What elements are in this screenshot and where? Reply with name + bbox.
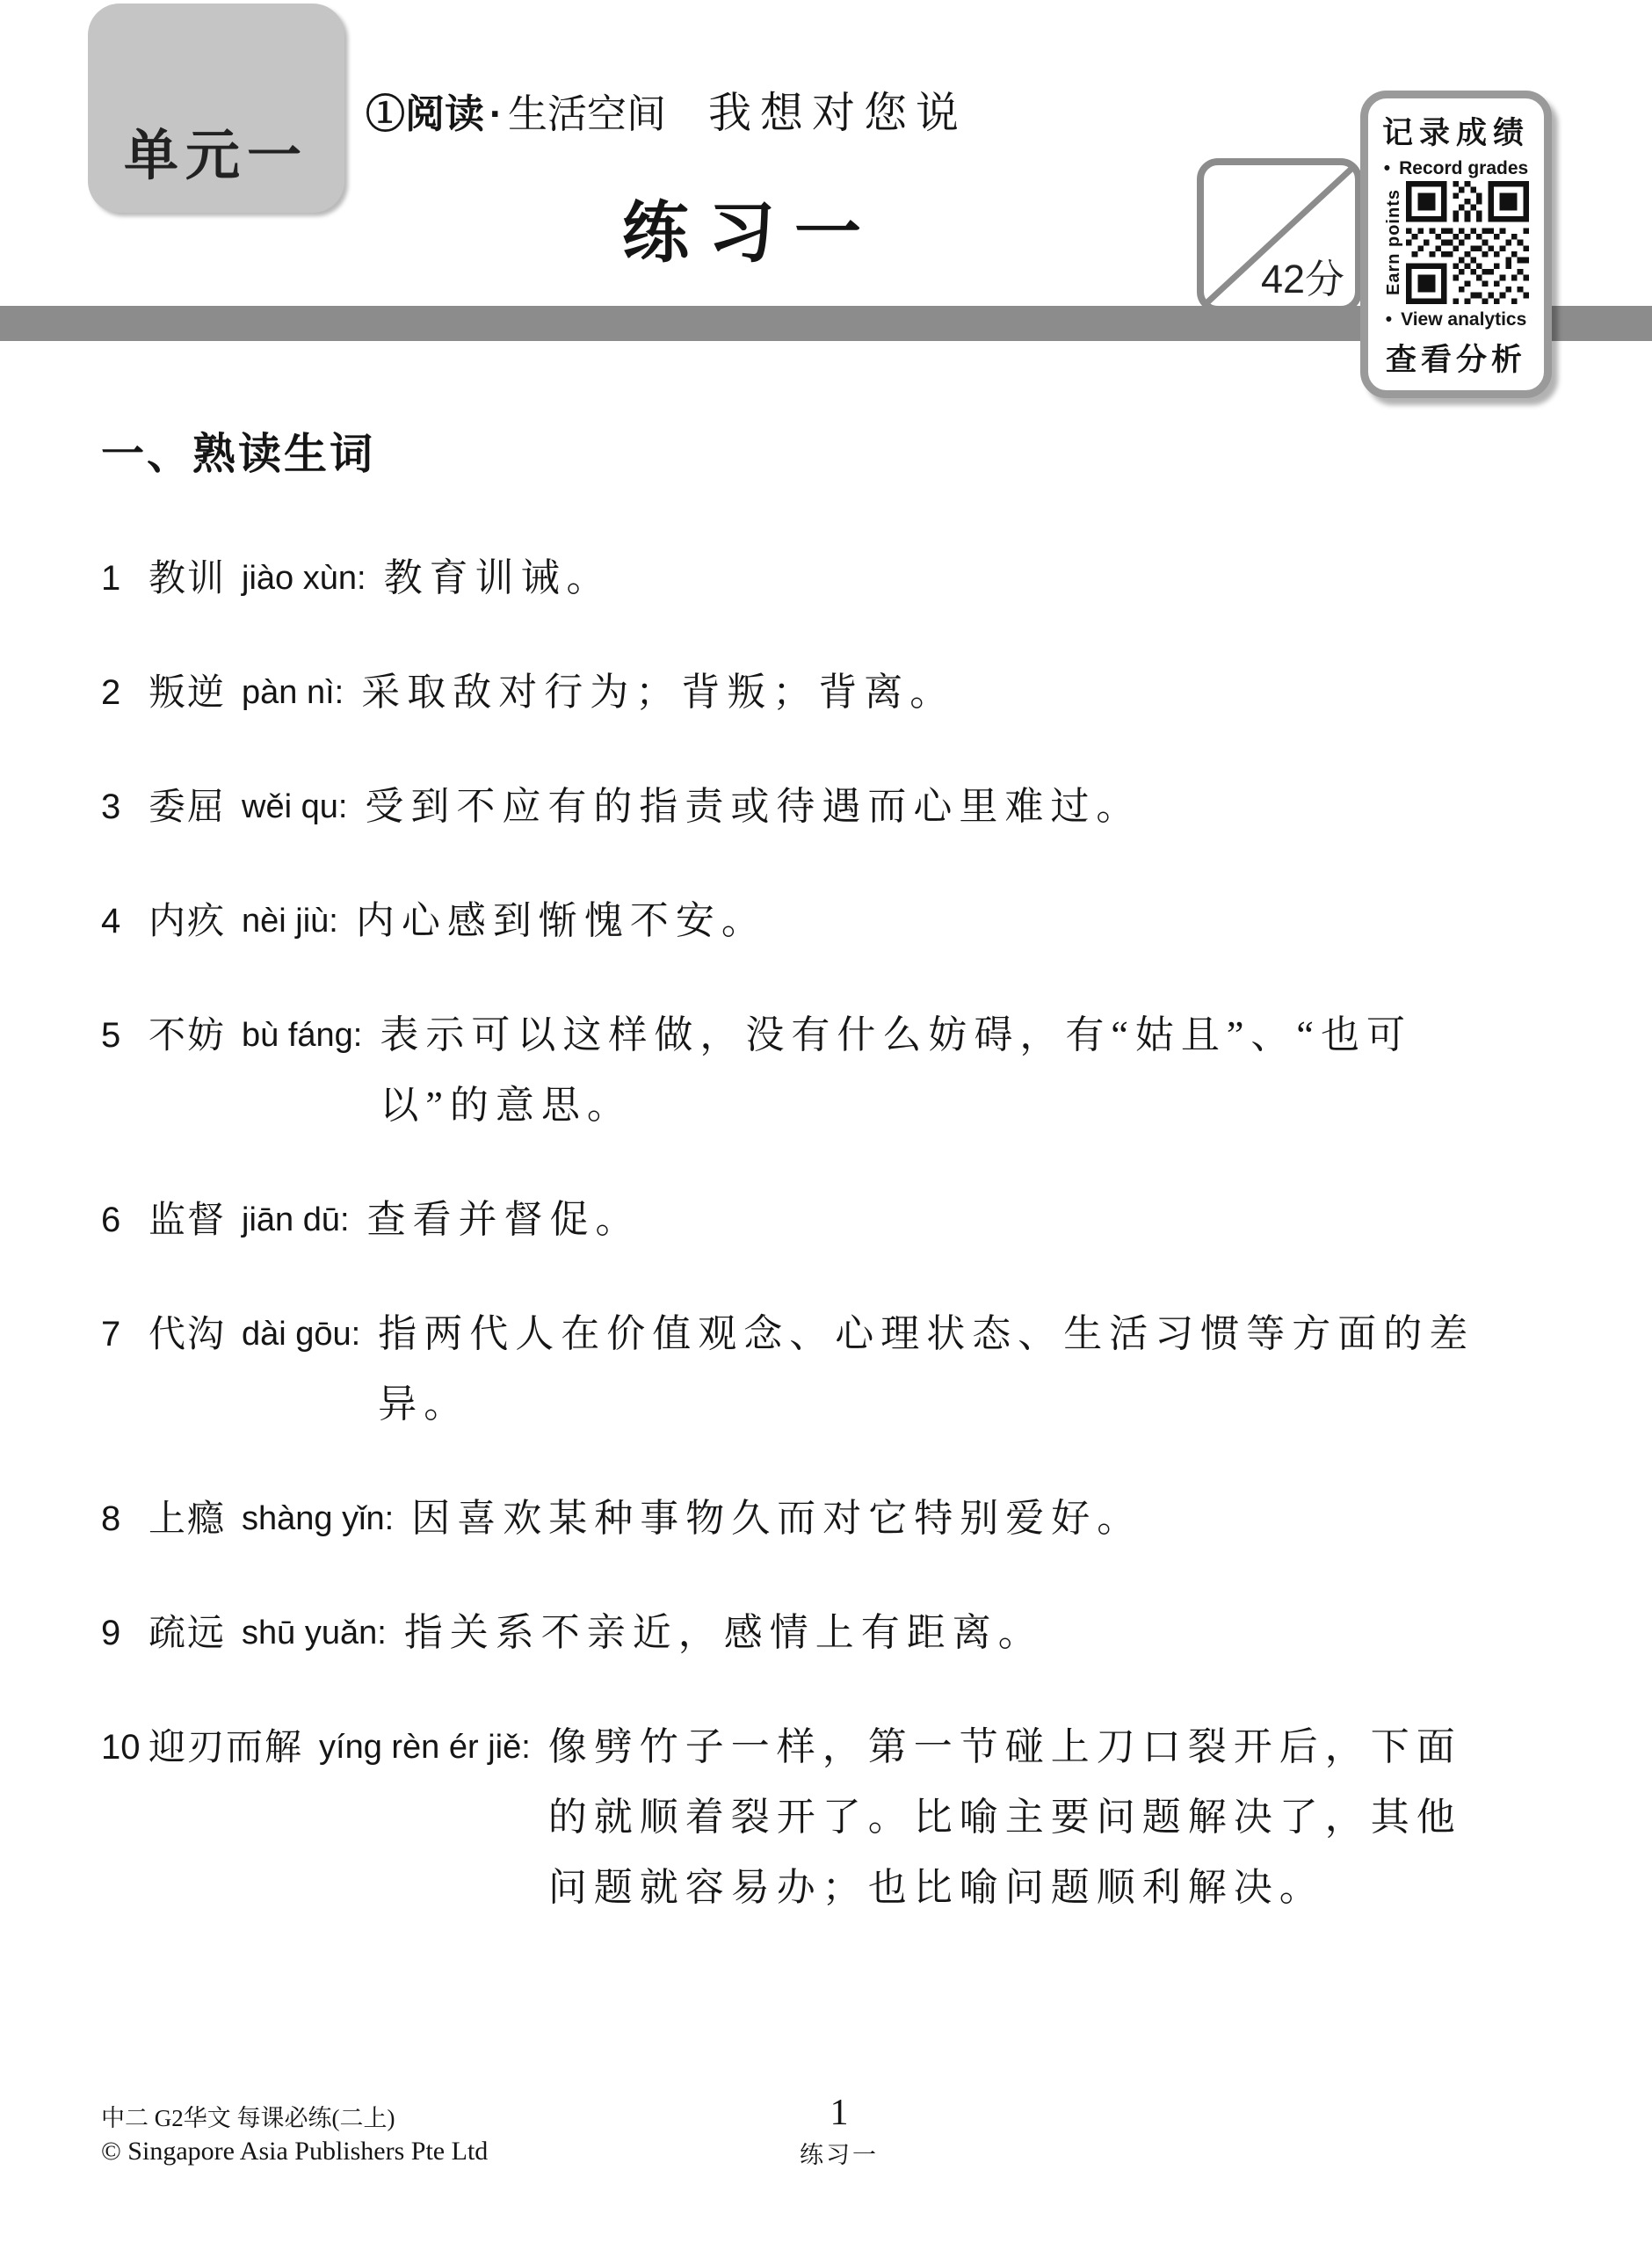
item-pinyin: shàng yǐn: [242,1484,394,1554]
definition-line: 采取敌对行为；背叛；背离。 [361,657,955,728]
item-pinyin: nèi jiù: [242,886,338,956]
item-definition: 因喜欢某种事物久而对它特别爱好。 [411,1484,1142,1554]
item-word: 疏远 [149,1598,226,1668]
item-word: 委屈 [149,772,226,842]
definition-line: 指关系不亲近，感情上有距离。 [404,1598,1044,1668]
lesson-header: ①阅读·生活空间我想对您说 [366,79,967,141]
definition-line: 受到不应有的指责或待遇而心里难过。 [365,772,1141,842]
definition-line: 的就顺着裂开了。比喻主要问题解决了，其他 [548,1782,1462,1853]
page-label: 练习一 [0,2136,1652,2170]
vocab-item: 7 代沟 dài gōu: 指两代人在价值观念、心理状态、生活习惯等方面的差 异… [101,1299,1577,1440]
item-definition: 内心感到惭愧不安。 [356,886,767,956]
item-number: 7 [101,1299,149,1369]
vocab-item: 5 不妨 bù fáng: 表示可以这样做，没有什么妨碍，有“姑且”、“也可 以… [101,1000,1577,1141]
section-heading: 一、熟读生词 [101,420,1577,482]
footer-center: 1 练习一 [0,2092,1652,2170]
qr-middle-row: Earn points [1384,181,1529,304]
score-label: 42分 [1261,247,1344,304]
definition-line: 查看并督促。 [367,1185,641,1255]
item-number: 10 [101,1712,149,1782]
unit-label: 单元一 [124,112,308,190]
item-number: 1 [101,543,149,613]
vocab-item: 1 教训 jiào xùn: 教育训诫。 [101,543,1577,613]
vocab-item: 8 上瘾 shàng yǐn: 因喜欢某种事物久而对它特别爱好。 [101,1484,1577,1554]
definition-line: 像劈竹子一样，第一节碰上刀口裂开后，下面 [548,1712,1462,1782]
item-pinyin: bù fáng: [242,1000,362,1071]
definition-line: 教育训诫。 [384,543,612,613]
item-definition: 像劈竹子一样，第一节碰上刀口裂开后，下面 的就顺着裂开了。比喻主要问题解决了，其… [548,1712,1462,1923]
vocab-item: 4 内疚 nèi jiù: 内心感到惭愧不安。 [101,886,1577,956]
qr-title-cn: 记录成绩 [1382,109,1530,153]
qr-footer-cn: 查看分析 [1386,336,1526,380]
item-word: 教训 [149,543,226,613]
definition-line: 内心感到惭愧不安。 [356,886,767,956]
item-word: 内疚 [149,886,226,956]
item-definition: 采取敌对行为；背叛；背离。 [361,657,955,728]
item-definition: 受到不应有的指责或待遇而心里难过。 [365,772,1141,842]
item-definition: 指关系不亲近，感情上有距离。 [404,1598,1044,1668]
item-definition: 表示可以这样做，没有什么妨碍，有“姑且”、“也可 以”的意思。 [380,1000,1412,1141]
bullet-icon: • [1386,309,1392,330]
item-number: 3 [101,772,149,842]
vocab-item: 3 委屈 wěi qu: 受到不应有的指责或待遇而心里难过。 [101,772,1577,842]
lesson-number-icon: ① [366,91,405,136]
main-content: 一、熟读生词 1 教训 jiào xùn: 教育训诫。 2 叛逆 pàn nì:… [101,420,1577,1967]
definition-line: 异。 [378,1369,1474,1440]
lesson-theme: 生活空间 [508,91,666,136]
item-number: 6 [101,1185,149,1255]
item-pinyin: wěi qu: [242,772,347,842]
item-number: 5 [101,1000,149,1071]
item-definition: 指两代人在价值观念、心理状态、生活习惯等方面的差 异。 [378,1299,1474,1440]
qr-bullet-bottom-label: View analytics [1401,309,1526,330]
qr-bullet-top-label: Record grades [1399,158,1528,178]
item-word: 监督 [149,1185,226,1255]
item-pinyin: jiào xùn: [242,543,366,613]
lesson-type: 阅读 [405,91,484,136]
item-pinyin: dài gōu: [242,1299,360,1369]
lesson-title: 我想对您说 [708,89,967,137]
qr-bullet-bottom: •View analytics [1386,309,1527,330]
item-number: 9 [101,1598,149,1668]
bullet-icon: • [1384,158,1390,178]
score-box: 42分 [1197,158,1362,313]
definition-line: 因喜欢某种事物久而对它特别爱好。 [411,1484,1142,1554]
page-number: 1 [0,2092,1652,2134]
item-definition: 查看并督促。 [367,1185,641,1255]
definition-line: 指两代人在价值观念、心理状态、生活习惯等方面的差 [378,1299,1474,1369]
qr-bullet-top: •Record grades [1384,158,1528,179]
item-pinyin: yíng rèn ér jiě: [319,1712,531,1782]
item-number: 4 [101,886,149,956]
item-number: 8 [101,1484,149,1554]
item-definition: 教育训诫。 [384,543,612,613]
item-pinyin: shū yuǎn: [242,1598,387,1668]
item-number: 2 [101,657,149,728]
vocab-item: 6 监督 jiān dū: 查看并督促。 [101,1185,1577,1255]
definition-line: 问题就容易办；也比喻问题顺利解决。 [548,1853,1462,1923]
item-word: 叛逆 [149,657,226,728]
vocab-item: 2 叛逆 pàn nì: 采取敌对行为；背叛；背离。 [101,657,1577,728]
definition-line: 表示可以这样做，没有什么妨碍，有“姑且”、“也可 [380,1000,1412,1071]
separator-dot: · [489,91,503,136]
definition-line: 以”的意思。 [380,1071,1412,1141]
item-word: 不妨 [149,1000,226,1071]
vocab-item: 9 疏远 shū yuǎn: 指关系不亲近，感情上有距离。 [101,1598,1577,1668]
vocab-item: 10 迎刃而解 yíng rèn ér jiě: 像劈竹子一样，第一节碰上刀口裂… [101,1712,1577,1923]
item-word: 迎刃而解 [149,1712,303,1782]
qr-panel: 记录成绩 •Record grades Earn points •View an… [1360,91,1552,398]
item-word: 上瘾 [149,1484,226,1554]
item-pinyin: jiān dū: [242,1185,350,1255]
qr-code [1406,181,1529,304]
item-word: 代沟 [149,1299,226,1369]
earn-points-label: Earn points [1384,189,1404,295]
item-pinyin: pàn nì: [242,657,344,728]
